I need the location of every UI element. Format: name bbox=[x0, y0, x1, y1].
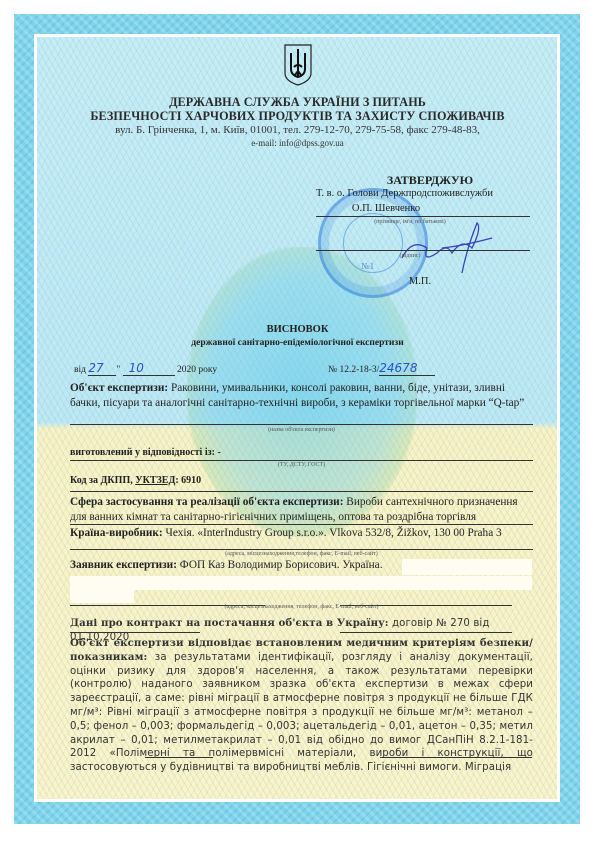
name-underline bbox=[316, 216, 530, 217]
scope-label: Сфера застосування та реалізації об'єкта… bbox=[70, 496, 343, 508]
made-value: - bbox=[217, 447, 220, 458]
object-caption: (назва об'єкта експертизи) bbox=[70, 427, 533, 433]
seal-mark: М.П. bbox=[370, 276, 470, 287]
made-field: виготовлений у відповідності із: - bbox=[70, 446, 533, 461]
country-underline bbox=[70, 549, 533, 550]
org-name-line1: ДЕРЖАВНА СЛУЖБА УКРАЇНИ З ПИТАНЬ bbox=[40, 95, 555, 110]
object-field: Об'єкт експертизи: Раковини, умивальники… bbox=[70, 381, 533, 410]
applicant-value: ФОП Каз Володимир Борисович. Україна. bbox=[180, 559, 383, 571]
object-label: Об'єкт експертизи: bbox=[70, 382, 168, 394]
contract-label: Дані про контракт на постачання об'єкта … bbox=[70, 617, 389, 629]
approver-name: О.П. Шевченко bbox=[316, 203, 456, 214]
contract-underline-right bbox=[340, 632, 512, 633]
redacted-block bbox=[70, 589, 134, 603]
stamp-number: №1 bbox=[361, 261, 374, 271]
code-classifier-link: УКТЗЕД bbox=[135, 475, 175, 486]
signature-underline bbox=[316, 250, 530, 251]
country-caption: (адреса, місцезнаходження,телефон, факс,… bbox=[70, 551, 533, 557]
approver-position: Т. в. о. Голови Держпродспоживслужби bbox=[316, 188, 546, 199]
made-label: виготовлений у відповідності із: bbox=[70, 447, 215, 458]
code-label: Код за ДКПП, bbox=[70, 475, 135, 486]
trident-coat-of-arms-icon bbox=[283, 43, 313, 87]
code-underline bbox=[70, 491, 533, 492]
object-underline bbox=[70, 424, 533, 425]
conclusion-title: ВИСНОВОК bbox=[40, 324, 555, 335]
findings-underline bbox=[380, 757, 532, 758]
applicant-caption: (адреса, місцезнаходження, телефон, факс… bbox=[70, 604, 533, 610]
applicant-label: Заявник експертизи: bbox=[70, 559, 177, 571]
made-underline bbox=[70, 460, 533, 461]
date-year: 2020 року bbox=[177, 365, 217, 375]
country-field: Країна-виробник: Чехія. «InterIndustry G… bbox=[70, 526, 533, 541]
approval-title: ЗАТВЕРДЖУЮ bbox=[330, 173, 530, 188]
scope-underline bbox=[70, 524, 533, 525]
conclusion-subtitle: державної санітарно-епідеміологічної екс… bbox=[40, 338, 555, 348]
scope-field: Сфера застосування та реалізації об'єкта… bbox=[70, 495, 533, 524]
redacted-block bbox=[402, 559, 532, 575]
date-month: 10 bbox=[123, 361, 175, 376]
code-field: Код за ДКПП, УКТЗЕД: 6910 bbox=[70, 474, 533, 489]
org-address: вул. Б. Грінченка, 1, м. Київ, 01001, те… bbox=[40, 124, 555, 136]
code-value: : 6910 bbox=[175, 475, 201, 486]
number-prefix: № 12.2-18-3/ bbox=[328, 365, 379, 375]
org-name-line2: БЕЗПЕЧНОСТІ ХАРЧОВИХ ПРОДУКТІВ ТА ЗАХИСТ… bbox=[40, 109, 555, 124]
findings-text: за результатами ідентифікації, розгляду … bbox=[70, 652, 533, 773]
findings-paragraph: Об'єкт експертизи відповідає встановлени… bbox=[70, 637, 533, 775]
org-email: e-mail: info@dpss.gov.ua bbox=[40, 138, 555, 148]
number-row: № 12.2-18-3/24678 bbox=[328, 361, 435, 376]
findings-underline bbox=[145, 757, 213, 758]
contract-underline-left bbox=[70, 632, 200, 633]
date-row: від 27" 10 2020 року bbox=[74, 361, 217, 376]
country-value: Чехія. «InterIndustry Group s.r.o.». Vlk… bbox=[166, 527, 502, 539]
date-day: 27 bbox=[88, 361, 116, 376]
date-prefix: від bbox=[74, 365, 86, 375]
signature-icon bbox=[392, 218, 502, 278]
country-label: Країна-виробник: bbox=[70, 527, 163, 539]
made-caption: (ТУ, ДСТУ, ГОСТ) bbox=[70, 462, 533, 468]
signature-caption: (підпис) bbox=[330, 253, 490, 259]
number-value: 24678 bbox=[379, 361, 435, 376]
redacted-block bbox=[70, 576, 532, 590]
